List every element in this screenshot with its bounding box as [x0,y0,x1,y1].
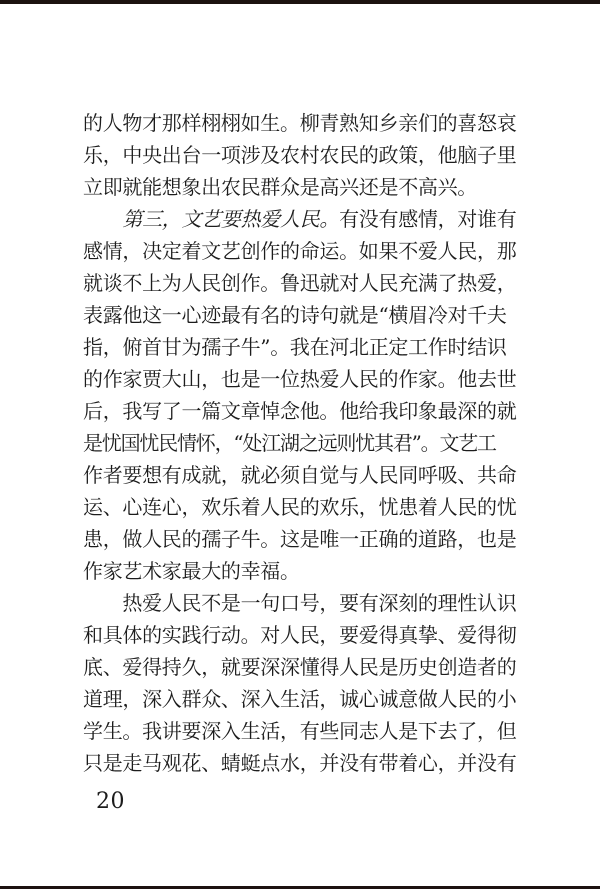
text-line-content: 就谈不上为人民创作。鲁迅就对人民充满了热爱， [83,271,516,295]
text-line: 底、爱得持久，就要深深懂得人民是历史创造者的 [83,651,528,683]
kaiti-emphasis: 第三，文艺要热爱人民。 [83,207,339,231]
text-line: 是忧国忧民情怀，“处江湖之远则忧其君”。文艺工 [83,427,528,459]
text-line-content: 热爱人民不是一句口号，要有深刻的理性认识 [83,591,516,615]
text-line: 只是走马观花、蜻蜓点水，并没有带着心，并没有 [83,747,528,779]
text-line: 作家艺术家最大的幸福。 [83,555,528,587]
text-line-content: 作者要想有成就，就必须自觉与人民同呼吸、共命 [83,463,516,487]
text-line-content: 只是走马观花、蜻蜓点水，并没有带着心，并没有 [83,751,516,775]
body-text: 的人物才那样栩栩如生。柳青熟知乡亲们的喜怒哀 乐，中央出台一项涉及农村农民的政策… [83,107,528,779]
text-line-content: 乐，中央出台一项涉及农村农民的政策，他脑子里 [83,143,516,167]
text-line-content: 底、爱得持久，就要深深懂得人民是历史创造者的 [83,655,516,679]
text-line-content: 立即就能想象出农民群众是高兴还是不高兴。 [83,175,477,199]
text-line: 和具体的实践行动。对人民，要爱得真挚、爱得彻 [83,619,528,651]
text-line: 患，做人民的孺子牛。这是唯一正确的道路，也是 [83,523,528,555]
text-line-content: 感情，决定着文艺创作的命运。如果不爱人民，那 [83,239,516,263]
text-line: 的作家贾大山，也是一位热爱人民的作家。他去世 [83,363,528,395]
text-line: 感情，决定着文艺创作的命运。如果不爱人民，那 [83,235,528,267]
text-line: 的人物才那样栩栩如生。柳青熟知乡亲们的喜怒哀 [83,107,528,139]
text-line-content: 道理，深入群众、深入生活，诚心诚意做人民的小 [83,687,516,711]
text-line-content: 有没有感情，对谁有 [339,207,516,231]
text-line: 立即就能想象出农民群众是高兴还是不高兴。 [83,171,528,203]
book-page: { "page": { "number": "20", "colors": { … [0,0,600,889]
text-line-content: 患，做人民的孺子牛。这是唯一正确的道路，也是 [83,527,516,551]
page-number: 20 [96,790,125,814]
text-line: 后，我写了一篇文章悼念他。他给我印象最深的就 [83,395,528,427]
text-line: 指，俯首甘为孺子牛”。我在河北正定工作时结识 [83,331,528,363]
text-line-content: 的作家贾大山，也是一位热爱人民的作家。他去世 [83,367,516,391]
text-line: 学生。我讲要深入生活，有些同志人是下去了，但 [83,715,528,747]
text-line: 道理，深入群众、深入生活，诚心诚意做人民的小 [83,683,528,715]
text-line-content: 运、心连心，欢乐着人民的欢乐，忧患着人民的忧 [83,495,516,519]
text-line: 乐，中央出台一项涉及农村农民的政策，他脑子里 [83,139,528,171]
text-line-content: 作家艺术家最大的幸福。 [83,559,300,583]
text-line: 运、心连心，欢乐着人民的欢乐，忧患着人民的忧 [83,491,528,523]
text-line: 作者要想有成就，就必须自觉与人民同呼吸、共命 [83,459,528,491]
text-line: 第三，文艺要热爱人民。有没有感情，对谁有 [83,203,528,235]
text-line-content: 学生。我讲要深入生活，有些同志人是下去了，但 [83,719,516,743]
text-line: 热爱人民不是一句口号，要有深刻的理性认识 [83,587,528,619]
text-line: 就谈不上为人民创作。鲁迅就对人民充满了热爱， [83,267,528,299]
text-line: 表露他这一心迹最有名的诗句就是“横眉冷对千夫 [83,299,528,331]
text-line-content: 表露他这一心迹最有名的诗句就是“横眉冷对千夫 [83,303,507,327]
text-line-content: 和具体的实践行动。对人民，要爱得真挚、爱得彻 [83,623,516,647]
page-top-edge [0,0,600,4]
text-line-content: 的人物才那样栩栩如生。柳青熟知乡亲们的喜怒哀 [83,111,516,135]
text-line-content: 指，俯首甘为孺子牛”。我在河北正定工作时结识 [83,335,507,359]
text-line-content: 是忧国忧民情怀，“处江湖之远则忧其君”。文艺工 [83,431,496,455]
text-line-content: 后，我写了一篇文章悼念他。他给我印象最深的就 [83,399,516,423]
